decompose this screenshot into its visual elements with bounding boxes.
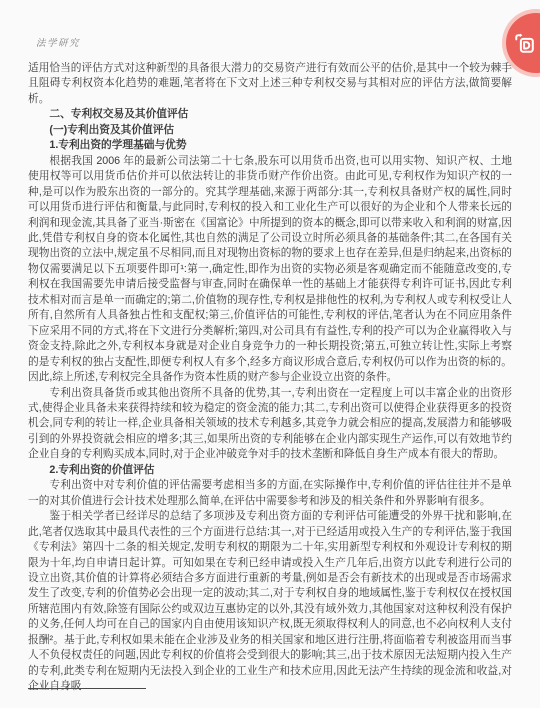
item-heading-2: 2.专利出资的价值评估 (28, 463, 512, 478)
paragraph-3: 专利出资中对专利价值的评估需要考虑相当多的方面,在实际操作中,专利价值的评估往往… (28, 478, 512, 509)
section-heading: 二、专利权交易及其价值评估 (28, 107, 512, 122)
article-body: 适用恰当的评估方式对这种新型的具备很大潜力的交易资产进行有效而公平的估价,是其中… (28, 61, 512, 695)
paragraph-1: 根据我国 2006 年的最新公司法第二十七条,股东可以用货币出资,也可以用实物、… (28, 154, 512, 386)
reader-page: { "page": { "running_head": "法学研究", "con… (0, 0, 540, 708)
item-heading-1: 1.专利出资的学理基础与优势 (28, 138, 512, 153)
paragraph-intro: 适用恰当的评估方式对这种新型的具备很大潜力的交易资产进行有效而公平的估价,是其中… (28, 61, 512, 107)
floating-window-icon (514, 32, 540, 54)
paragraph-4: 鉴于相关学者已经详尽的总结了多项涉及专利出资方面的专利评估可能遭受的外界干扰和影… (28, 509, 512, 694)
paragraph-2: 专利出资具备货币或其他出资所不具备的优势,其一,专利出资在一定程度上可以丰富企业… (28, 386, 512, 463)
subsection-heading: (一)专利出资及其价值评估 (28, 123, 512, 138)
footnote-divider (28, 688, 146, 689)
running-head: 法学研究 (36, 35, 80, 49)
